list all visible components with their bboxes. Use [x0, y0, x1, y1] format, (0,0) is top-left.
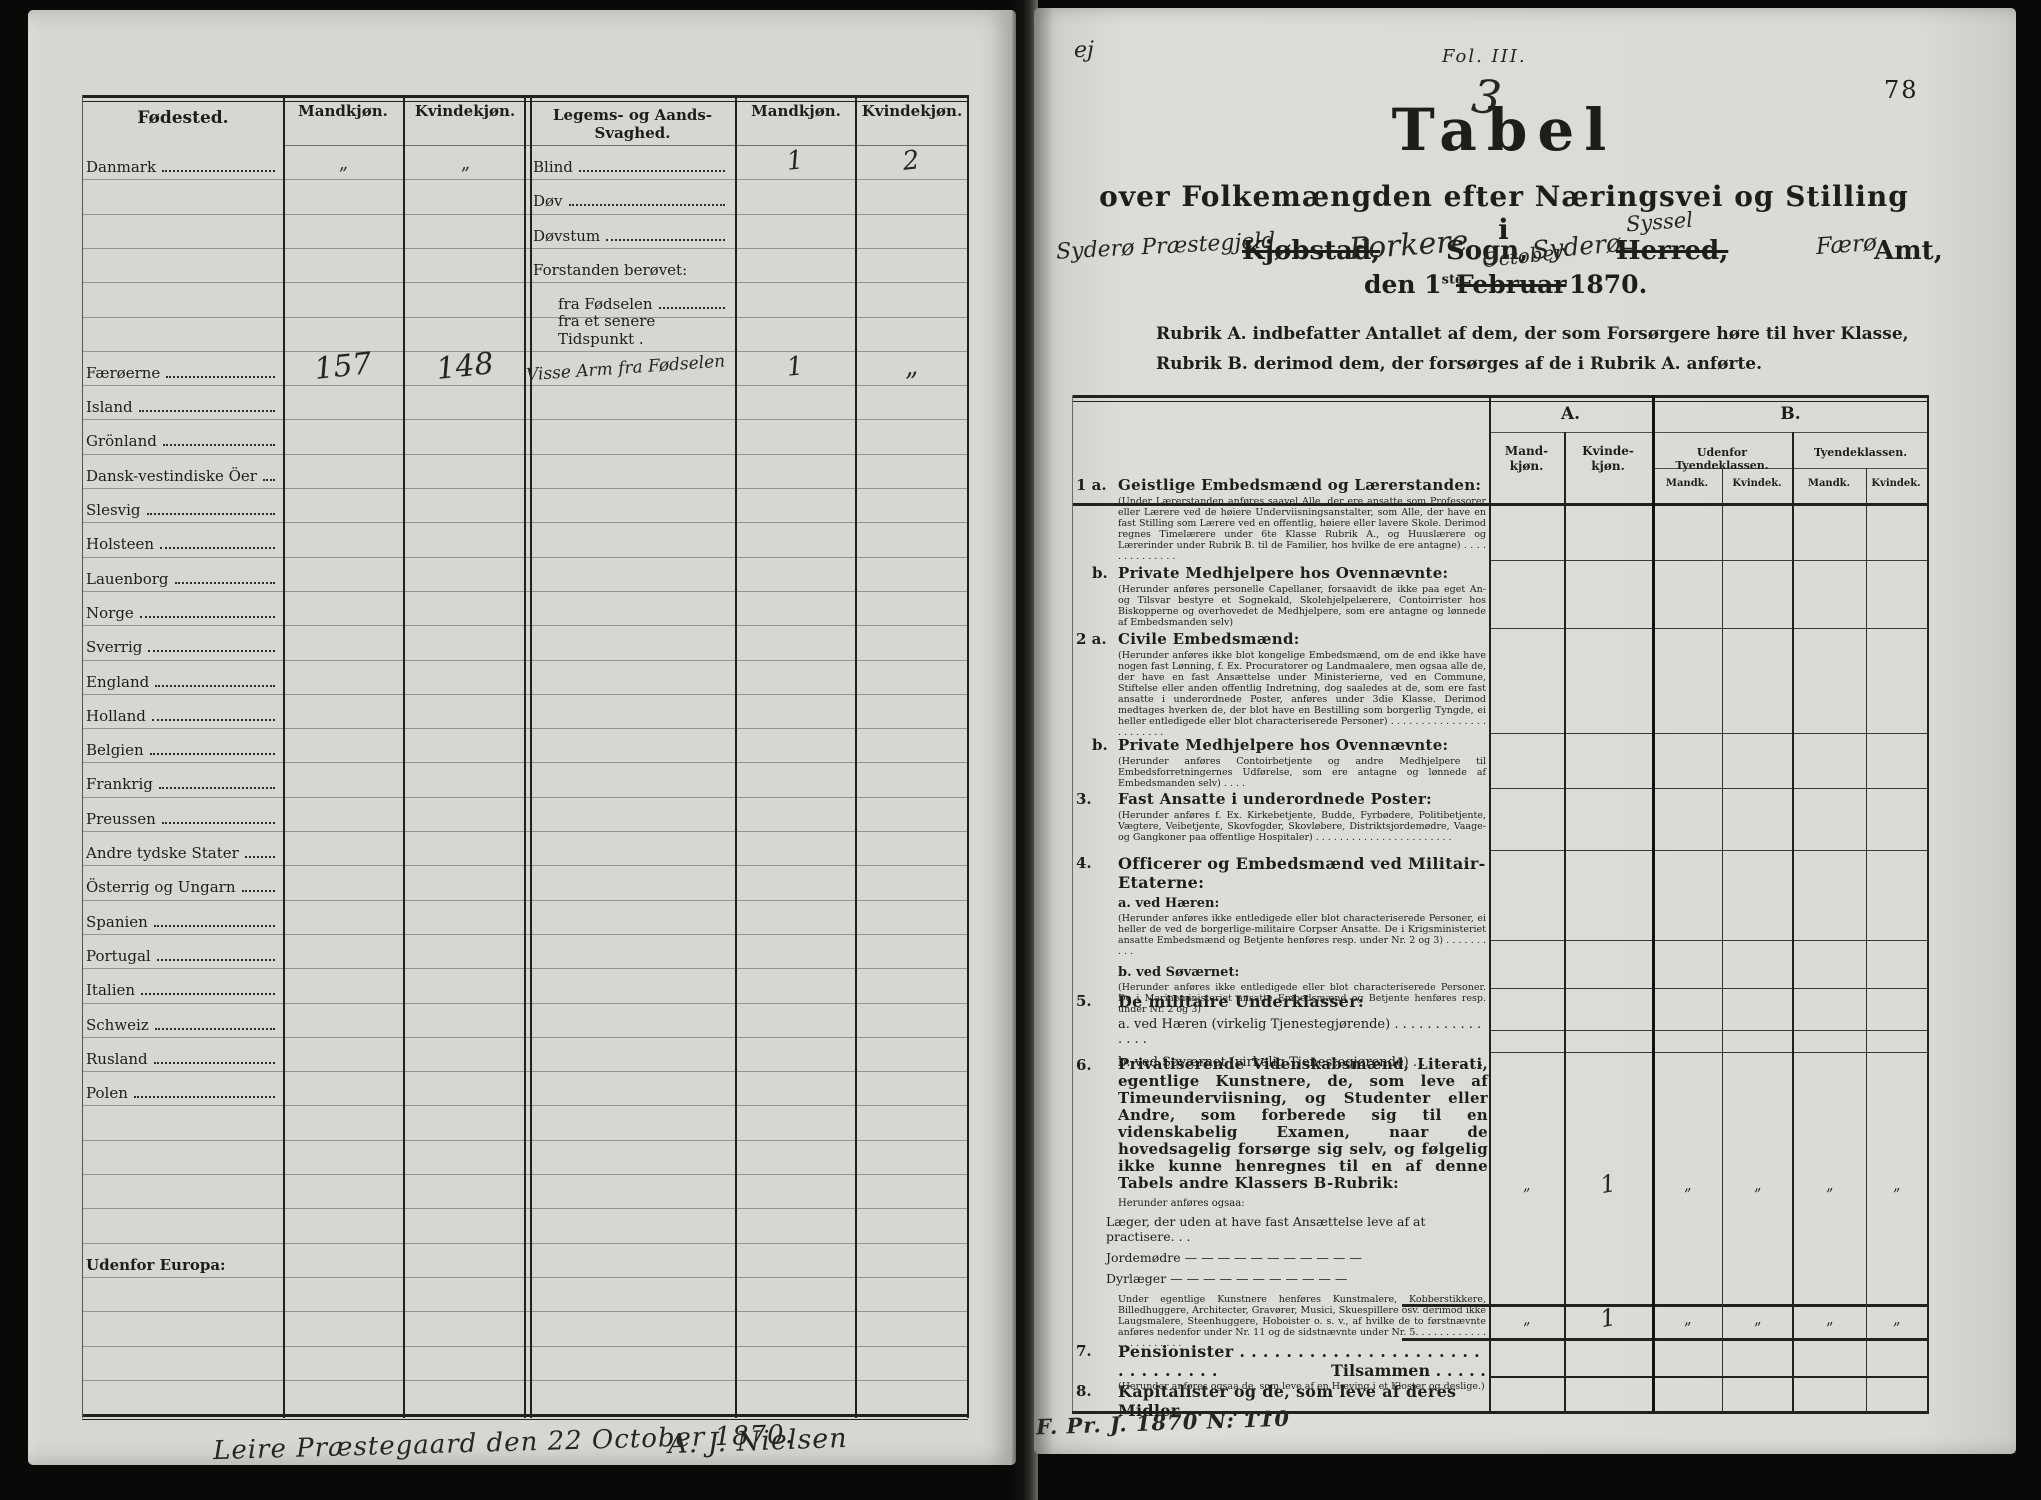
birthplace-row: Frankrig [86, 769, 278, 793]
dotted-leader [163, 444, 275, 446]
birthplace-label: Færøerne [86, 364, 160, 382]
left-table-rows: Danmark„„Færøerne157148IslandGrönlandDan… [28, 10, 1016, 1465]
tally-mark: „ [1656, 1305, 1718, 1333]
infirmity-female-value: 2 [867, 142, 956, 181]
infirmity-label: fra Fødselen [558, 295, 653, 313]
dotted-leader [150, 753, 275, 755]
birthplace-label: Belgien [86, 741, 144, 759]
dotted-leader [659, 307, 725, 309]
dotted-leader [141, 993, 275, 995]
dotted-leader [162, 822, 275, 824]
dotted-leader [154, 925, 275, 927]
dotted-leader [134, 1096, 275, 1098]
birthplace-row: Portugal [86, 941, 278, 965]
tally-mark: „ [1865, 1305, 1927, 1333]
dotted-leader [606, 239, 725, 241]
birthplace-label: Norge [86, 604, 134, 622]
infirmity-row: Blind [533, 152, 728, 176]
male-count-value: „ [299, 149, 387, 179]
dotted-leader [140, 616, 275, 618]
birthplace-row: Grönland [86, 426, 278, 450]
birthplace-label: Grönland [86, 432, 157, 450]
dotted-leader [579, 170, 725, 172]
birthplace-row: Spanien [86, 907, 278, 931]
birthplace-row: Slesvig [86, 495, 278, 519]
dotted-leader [148, 650, 275, 652]
infirmity-female-value: „ [867, 347, 956, 386]
birthplace-row: Holland [86, 701, 278, 725]
dotted-leader [162, 170, 275, 172]
infirmity-male-value: 1 [751, 142, 840, 181]
birthplace-label: Rusland [86, 1050, 148, 1068]
birthplace-row: Lauenborg [86, 564, 278, 588]
infirmity-label: fra et senere Tidspunkt . [558, 312, 728, 348]
birthplace-row: Belgien [86, 735, 278, 759]
birthplace-label: Dansk-vestindiske Öer [86, 467, 257, 485]
birthplace-label: Portugal [86, 947, 151, 965]
birthplace-row: Danmark [86, 152, 278, 176]
birthplace-row: Schweiz [86, 1010, 278, 1034]
dotted-leader [157, 959, 275, 961]
dotted-leader [569, 204, 725, 206]
dotted-leader [147, 513, 275, 515]
birthplace-row: Udenfor Europa: [86, 1250, 278, 1274]
birthplace-label: Lauenborg [86, 570, 169, 588]
infirmity-row: Døvstum [533, 221, 728, 245]
female-count-value: „ [421, 149, 509, 179]
tally-mark: „ [1726, 1305, 1788, 1333]
birthplace-label: Holland [86, 707, 146, 725]
birthplace-row: England [86, 667, 278, 691]
birthplace-row: Færøerne [86, 358, 278, 382]
right-page: ej Fol. III. 3 78 Tabel over Folkemængde… [1034, 8, 2016, 1454]
dotted-leader [175, 582, 275, 584]
birthplace-row: Italien [86, 975, 278, 999]
birthplace-label: Italien [86, 981, 135, 999]
birthplace-label: Sverrig [86, 638, 142, 656]
dotted-leader [154, 1062, 275, 1064]
dotted-leader [159, 787, 275, 789]
birthplace-row: Polen [86, 1078, 278, 1102]
birthplace-label: Island [86, 398, 133, 416]
tally-mark: „ [1495, 1171, 1557, 1199]
handwritten-signature: A. J. Nielsen [668, 1423, 849, 1460]
birthplace-row: Andre tydske Stater [86, 838, 278, 862]
dotted-leader [155, 1028, 275, 1030]
infirmity-label: Visse Arm fra Fødselen [525, 351, 725, 385]
handwritten-tally-marks: „1„„„„„1„„„„ [1034, 8, 2016, 1454]
birthplace-row: Österrig og Ungarn [86, 872, 278, 896]
dotted-leader [155, 685, 275, 687]
birthplace-label: Slesvig [86, 501, 141, 519]
birthplace-label: Preussen [86, 810, 156, 828]
infirmity-label: Forstanden berøvet: [533, 261, 687, 279]
birthplace-label: Polen [86, 1084, 128, 1102]
classification-table: A. B. Mand-kjøn. Kvinde-kjøn. Udenfor Ty… [1034, 8, 2016, 1454]
tally-mark: „ [1656, 1171, 1718, 1199]
infirmity-male-value: 1 [751, 347, 840, 386]
tally-mark: „ [1865, 1171, 1927, 1199]
birthplace-label: England [86, 673, 149, 691]
dotted-leader [242, 890, 276, 892]
dotted-leader [245, 856, 275, 858]
birthplace-label: Udenfor Europa: [86, 1256, 226, 1274]
birthplace-row: Rusland [86, 1044, 278, 1068]
birthplace-label: Schweiz [86, 1016, 149, 1034]
infirmity-label: Blind [533, 158, 573, 176]
birthplace-row: Holsteen [86, 529, 278, 553]
infirmity-row: Visse Arm fra Fødselen [525, 351, 736, 390]
female-count-value: 148 [420, 344, 509, 388]
birthplace-label: Spanien [86, 913, 148, 931]
tally-mark: „ [1798, 1305, 1860, 1333]
birthplace-label: Österrig og Ungarn [86, 878, 236, 896]
tally-mark: 1 [1576, 1165, 1640, 1203]
left-page: Fødested. Mandkjøn. Kvindekjøn. Legems- … [28, 10, 1016, 1465]
birthplace-row: Sverrig [86, 632, 278, 656]
birthplace-label: Andre tydske Stater [86, 844, 239, 862]
dotted-leader [152, 719, 275, 721]
dotted-leader [139, 410, 275, 412]
birthplace-label: Frankrig [86, 775, 153, 793]
infirmity-row: Forstanden berøvet: [533, 255, 728, 279]
birthplace-row: Dansk-vestindiske Öer [86, 461, 278, 485]
dotted-leader [263, 479, 275, 481]
tally-mark: „ [1726, 1171, 1788, 1199]
tally-mark: „ [1495, 1305, 1557, 1333]
tally-mark: 1 [1576, 1299, 1640, 1337]
dotted-leader [160, 547, 275, 549]
birthplace-row: Island [86, 392, 278, 416]
infirmity-row: fra Fødselen [558, 289, 728, 313]
birthplace-infirmity-table: Fødested. Mandkjøn. Kvindekjøn. Legems- … [28, 10, 1016, 1465]
dotted-leader [166, 376, 275, 378]
birthplace-label: Danmark [86, 158, 156, 176]
infirmity-label: Døv [533, 192, 563, 210]
tally-mark: „ [1798, 1171, 1860, 1199]
male-count-value: 157 [298, 344, 387, 388]
infirmity-row: fra et senere Tidspunkt . [558, 324, 728, 348]
infirmity-row: Døv [533, 186, 728, 210]
birthplace-row: Preussen [86, 804, 278, 828]
scanned-census-book-spread: Fødested. Mandkjøn. Kvindekjøn. Legems- … [0, 0, 2041, 1500]
infirmity-label: Døvstum [533, 227, 600, 245]
birthplace-label: Holsteen [86, 535, 154, 553]
birthplace-row: Norge [86, 598, 278, 622]
